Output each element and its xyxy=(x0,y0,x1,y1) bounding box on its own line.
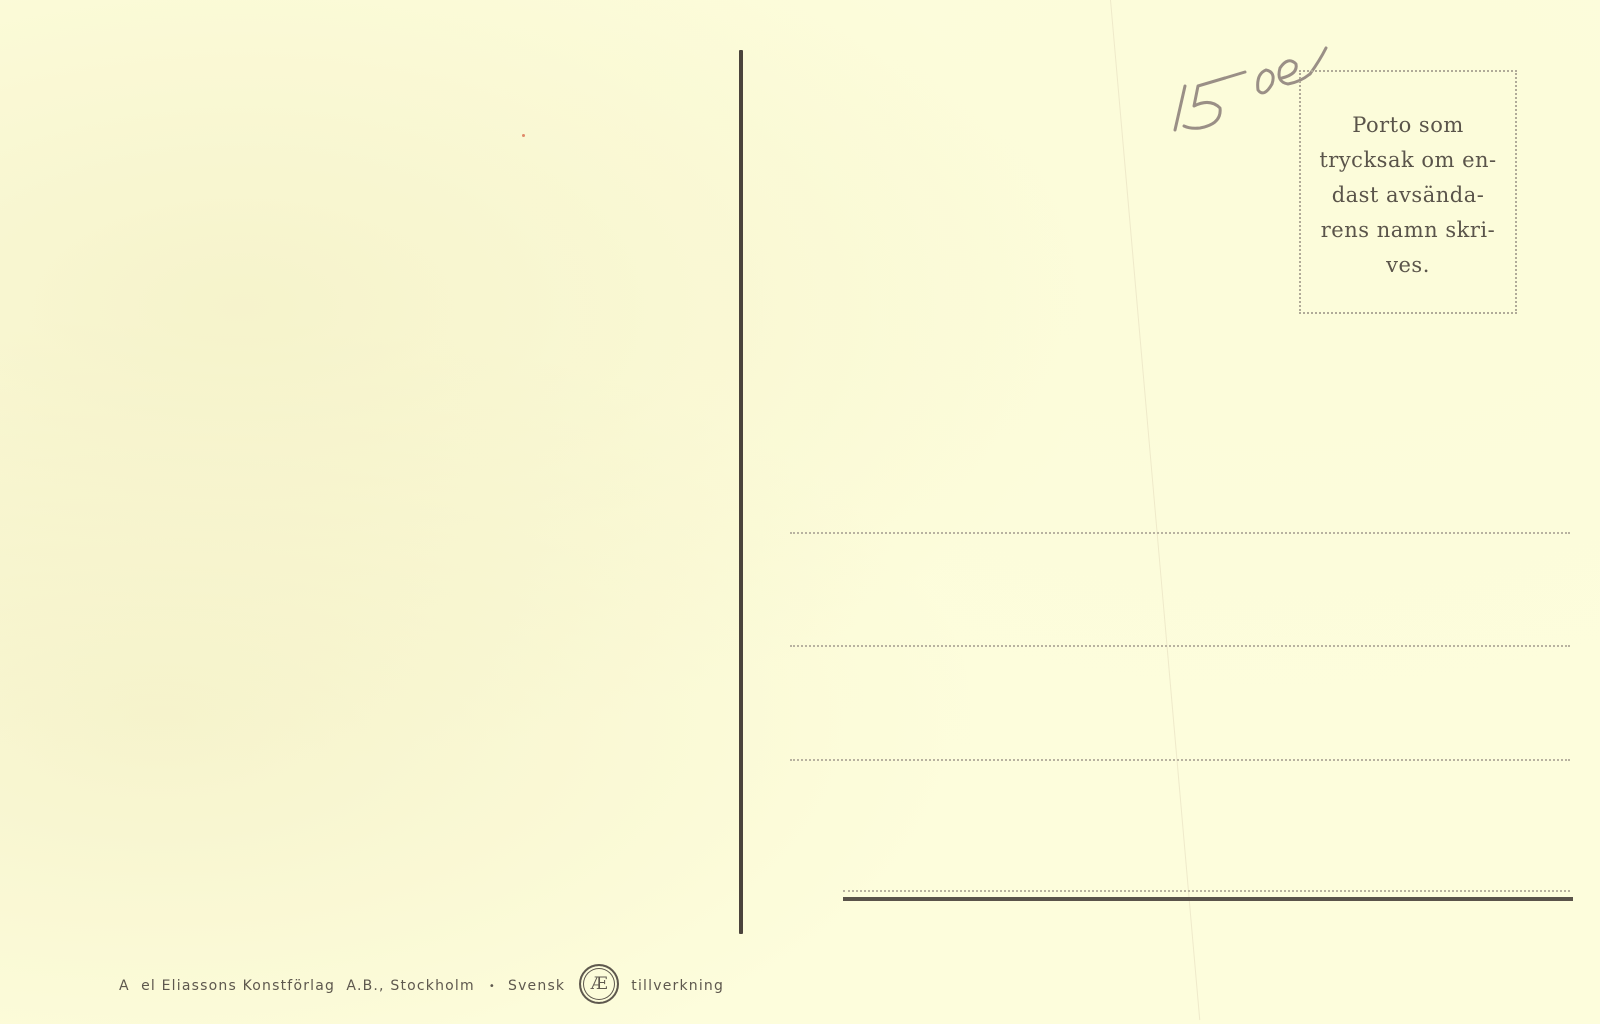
address-underline xyxy=(843,897,1573,901)
address-line-4 xyxy=(843,890,1570,892)
manufacture-label: tillverkning xyxy=(631,978,724,994)
address-line-2 xyxy=(790,645,1570,647)
publisher-logo-icon: Æ xyxy=(579,964,619,1004)
publisher-name: A el Eliassons Konstförlag A.B., Stockho… xyxy=(119,978,475,994)
postage-note-line: dast avsända- xyxy=(1301,178,1515,213)
paper-crease xyxy=(1110,0,1200,1020)
bullet-separator: • xyxy=(489,981,496,992)
paper-speck xyxy=(522,134,525,137)
postage-note: Porto som trycksak om en- dast avsända- … xyxy=(1301,108,1515,283)
postcard-back: Porto som trycksak om en- dast avsända- … xyxy=(0,0,1600,1024)
message-address-divider xyxy=(739,50,743,934)
stamp-placement-box: Porto som trycksak om en- dast avsända- … xyxy=(1299,70,1517,314)
publisher-imprint: A el Eliassons Konstförlag A.B., Stockho… xyxy=(119,966,724,1006)
address-line-1 xyxy=(790,532,1570,534)
made-in-label: Svensk xyxy=(508,978,565,994)
postage-note-line: trycksak om en- xyxy=(1301,143,1515,178)
postage-note-line: rens namn skri- xyxy=(1301,213,1515,248)
address-line-3 xyxy=(790,759,1570,761)
postage-note-line: ves. xyxy=(1301,248,1515,283)
postage-note-line: Porto som xyxy=(1301,108,1515,143)
